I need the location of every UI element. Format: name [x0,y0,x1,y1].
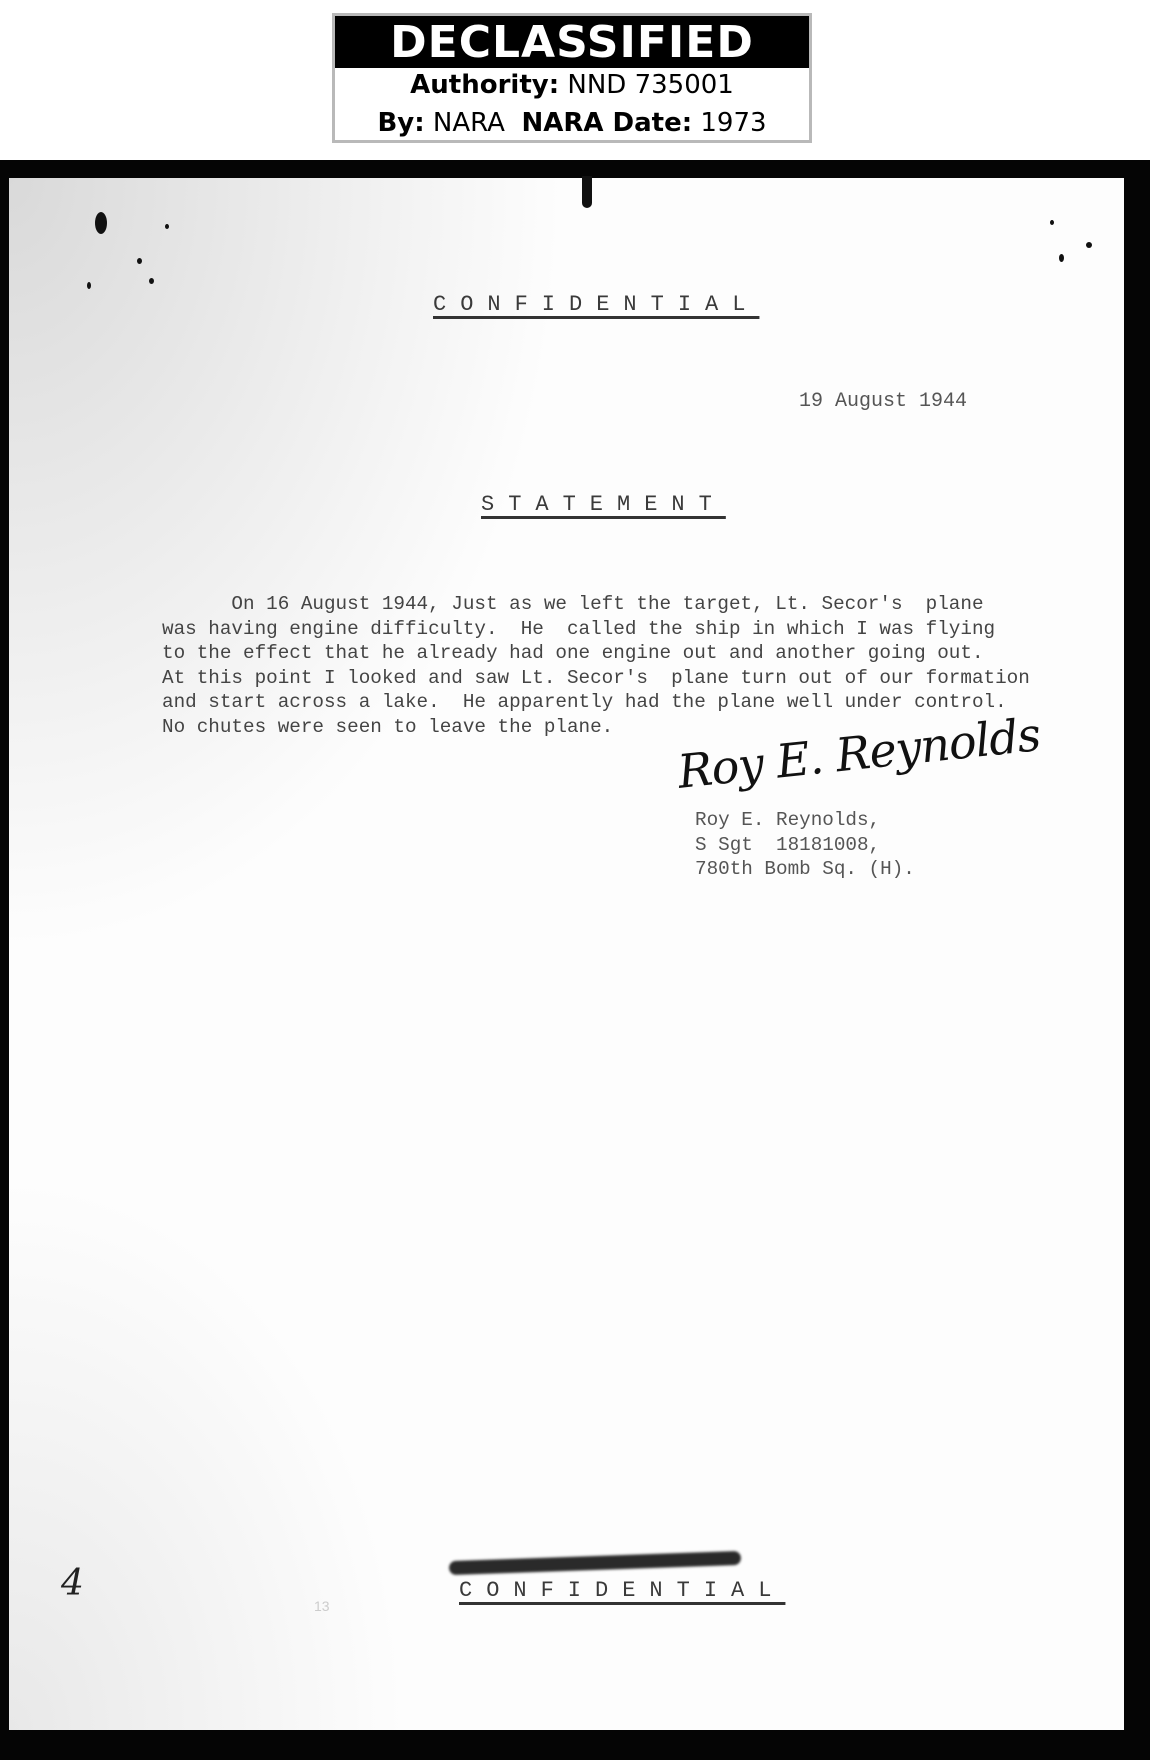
statement-body: On 16 August 1944, Just as we left the t… [162,592,1030,740]
ink-blot [1050,220,1054,225]
banner-title: DECLASSIFIED [335,16,809,68]
ink-blot [149,278,154,284]
ink-blot [1086,242,1092,248]
faint-page-mark: 13 [314,1598,330,1614]
ink-blot [1059,254,1064,262]
ink-blot [137,258,142,264]
by-label: By: [377,108,424,138]
ink-blot [87,282,91,289]
ink-blot [95,212,107,234]
nara-date-label: NARA Date: [521,108,692,138]
document-date: 19 August 1944 [799,390,967,413]
banner-authority-line: Authority: NND 735001 [335,70,809,100]
document-page: CONFIDENTIAL 19 August 1944 STATEMENT On… [9,178,1124,1730]
nara-date-value: 1973 [700,108,766,138]
authority-value: NND 735001 [567,70,733,100]
classification-footer: CONFIDENTIAL [459,1578,785,1603]
declassified-banner: DECLASSIFIED Authority: NND 735001 By: N… [332,13,812,143]
ink-blot [165,224,169,229]
banner-by-line: By: NARA NARA Date: 1973 [335,108,809,138]
scan-frame: CONFIDENTIAL 19 August 1944 STATEMENT On… [0,160,1150,1760]
by-value: NARA [433,108,505,138]
signature-block: Roy E. Reynolds, S Sgt 18181008, 780th B… [695,808,915,882]
binding-mark [582,176,592,208]
classification-header: CONFIDENTIAL [433,292,759,317]
margin-mark: 4 [61,1563,84,1604]
redaction-bar [449,1551,741,1575]
document-heading: STATEMENT [481,492,726,517]
authority-label: Authority: [410,70,559,100]
